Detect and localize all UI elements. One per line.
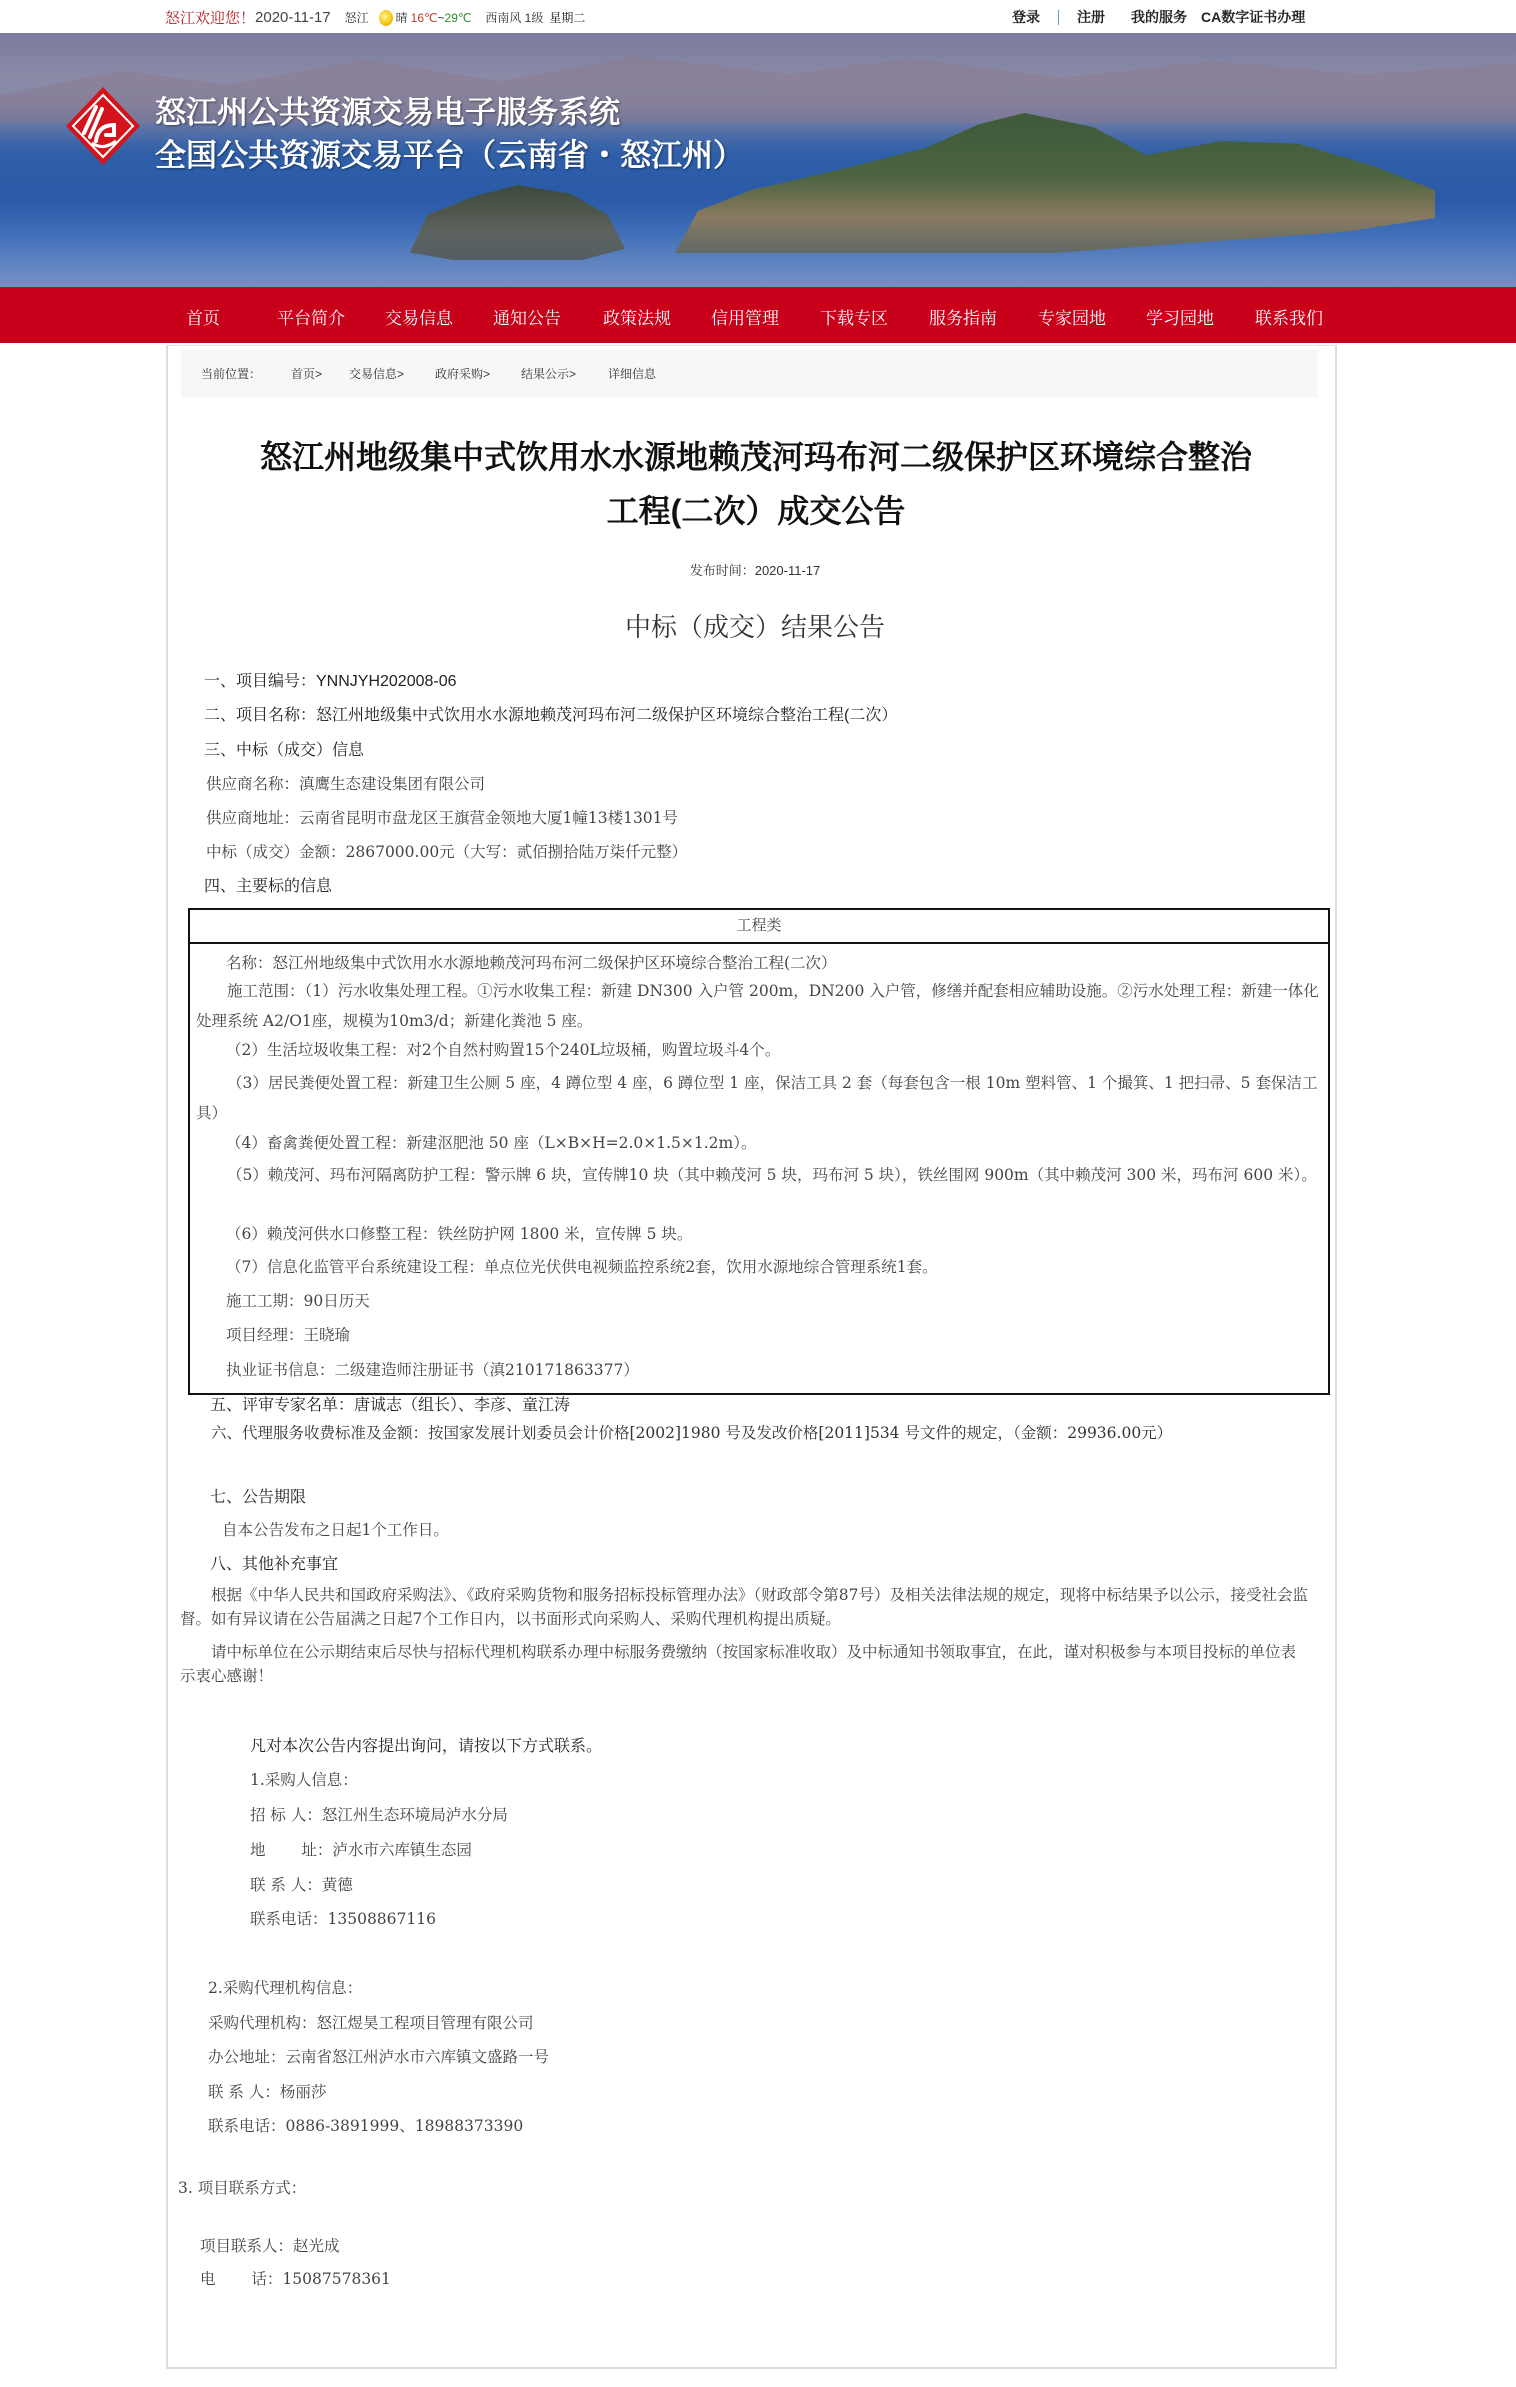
agency-contact: 联 系 人：杨丽莎 bbox=[208, 2080, 326, 2102]
breadcrumb-current: 详细信息 bbox=[608, 365, 656, 382]
welcome-text: 怒江欢迎您！ bbox=[165, 7, 255, 28]
ca-cert-link[interactable]: CA数字证书办理 bbox=[1201, 7, 1305, 27]
agency-heading: 2.采购代理机构信息： bbox=[208, 1976, 362, 1998]
publish-time: 发布时间：2020-11-17 bbox=[180, 560, 1330, 579]
banner-haze bbox=[0, 213, 1516, 287]
wind-info: 西南风 1级 bbox=[485, 9, 543, 26]
register-link[interactable]: 注册 bbox=[1077, 7, 1105, 27]
link-divider bbox=[1058, 10, 1059, 25]
temp-low: 16℃ bbox=[411, 11, 438, 25]
breadcrumb-label: 当前位置： bbox=[201, 365, 261, 382]
nav-item-learning[interactable]: 学习园地 bbox=[1146, 304, 1214, 329]
section-agency-fee: 六、代理服务收费标准及金额：按国家发展计划委员会计价格[2002]1980 号及… bbox=[180, 1421, 1310, 1445]
weekday: 星期二 bbox=[549, 9, 585, 26]
table-scope-3: （3）居民粪便处置工程：新建卫生公厕 5 座，4 蹲位型 4 座，6 蹲位型 1… bbox=[196, 1068, 1322, 1128]
award-amount: 中标（成交）金额：2867000.00元（大写：贰佰捌拾陆万柒仟元整） bbox=[206, 840, 687, 862]
table-scope-6: （6）赖茂河供水口修整工程：铁丝防护网 1800 米，宣传牌 5 块。 bbox=[226, 1222, 692, 1244]
project-contact-phone: 电 话：15087578361 bbox=[200, 2267, 391, 2289]
main-nav: 首页 平台简介 交易信息 通知公告 政策法规 信用管理 下载专区 服务指南 专家… bbox=[0, 287, 1516, 343]
section-main-items: 四、主要标的信息 bbox=[204, 873, 332, 896]
main-items-table: 工程类 名称：怒江州地级集中式饮用水水源地赖茂河玛布河二级保护区环境综合整治工程… bbox=[188, 908, 1330, 1395]
nav-item-policies[interactable]: 政策法规 bbox=[603, 304, 671, 329]
other-matters-p1: 根据《中华人民共和国政府采购法》、《政府采购货物和服务招标投标管理办法》（财政部… bbox=[180, 1583, 1310, 1631]
welcome-weather: 怒江欢迎您！ 2020-11-17 怒江 晴 16℃ ~ 29℃ 西南风 1级 … bbox=[165, 7, 585, 28]
agency-phone: 联系电话：0886-3891999、18988373390 bbox=[208, 2114, 523, 2136]
buyer-name: 招 标 人：怒江州生态环境局泸水分局 bbox=[250, 1803, 508, 1825]
temp-high: 29℃ bbox=[445, 11, 472, 25]
agency-address: 办公地址：云南省怒江州泸水市六库镇文盛路一号 bbox=[208, 2045, 549, 2067]
breadcrumb-results[interactable]: 结果公示> bbox=[521, 367, 576, 381]
other-matters-p2: 请中标单位在公示期结束后尽快与招标代理机构联系办理中标服务费缴纳（按国家标准收取… bbox=[180, 1640, 1310, 1688]
notice-period-text: 自本公告发布之日起1个工作日。 bbox=[222, 1518, 449, 1540]
nav-item-service-guide[interactable]: 服务指南 bbox=[929, 304, 997, 329]
buyer-heading: 1.采购人信息： bbox=[250, 1768, 358, 1790]
breadcrumb-trade-info[interactable]: 交易信息> bbox=[349, 367, 404, 381]
weather-condition: 晴 bbox=[396, 9, 408, 26]
section-project-name: 二、项目名称：怒江州地级集中式饮用水水源地赖茂河玛布河二级保护区环境综合整治工程… bbox=[204, 702, 897, 725]
buyer-contact: 联 系 人：黄德 bbox=[250, 1873, 353, 1895]
nav-item-experts[interactable]: 专家园地 bbox=[1038, 304, 1106, 329]
platform-logo-icon[interactable] bbox=[62, 85, 144, 167]
table-scope-5: （5）赖茂河、玛布河隔离防护工程：警示牌 6 块，宣传牌10 块（其中赖茂河 5… bbox=[196, 1160, 1322, 1190]
breadcrumb: 当前位置： 首页> 交易信息> 政府采购> 结果公示> 详细信息 bbox=[181, 350, 1318, 398]
user-links: 登录 注册 我的服务 CA数字证书办理 bbox=[1012, 7, 1305, 27]
table-item-name: 名称：怒江州地级集中式饮用水水源地赖茂河玛布河二级保护区环境综合整治工程(二次） bbox=[226, 951, 837, 973]
table-manager: 项目经理：王晓瑜 bbox=[226, 1323, 350, 1345]
section-award-info: 三、中标（成交）信息 bbox=[204, 737, 364, 760]
nav-item-home[interactable]: 首页 bbox=[186, 304, 220, 329]
buyer-address: 地 址：泸水市六库镇生态园 bbox=[250, 1838, 472, 1860]
section-other-matters: 八、其他补充事宜 bbox=[210, 1551, 338, 1574]
site-title: 怒江州公共资源交易电子服务系统 bbox=[155, 87, 620, 132]
supplier-address: 供应商地址：云南省昆明市盘龙区王旗营金领地大厦1幢13楼1301号 bbox=[206, 806, 678, 828]
section-project-number: 一、项目编号：YNNJYH202008-06 bbox=[204, 668, 457, 691]
weather-city: 怒江 bbox=[345, 9, 369, 26]
table-scope-4: （4）畜禽粪便处置工程：新建沤肥池 50 座（L×B×H=2.0×1.5×1.2… bbox=[226, 1131, 756, 1153]
section-notice-period: 七、公告期限 bbox=[210, 1484, 306, 1507]
page-title: 怒江州地级集中式饮用水水源地赖茂河玛布河二级保护区环境综合整治 工程(二次）成交… bbox=[176, 430, 1336, 538]
nav-item-credit[interactable]: 信用管理 bbox=[711, 304, 779, 329]
buyer-phone: 联系电话：13508867116 bbox=[250, 1907, 436, 1929]
table-period: 施工工期：90日历天 bbox=[226, 1289, 370, 1311]
my-service-link[interactable]: 我的服务 bbox=[1131, 7, 1187, 27]
section-experts: 五、评审专家名单：唐诚志（组长）、李彦、童江涛 bbox=[210, 1392, 570, 1415]
temp-separator: ~ bbox=[438, 11, 445, 25]
project-contact-person: 项目联系人：赵光成 bbox=[200, 2234, 340, 2256]
page-title-line1: 怒江州地级集中式饮用水水源地赖茂河玛布河二级保护区环境综合整治 bbox=[176, 430, 1336, 484]
nav-item-platform-intro[interactable]: 平台简介 bbox=[277, 304, 345, 329]
sun-icon bbox=[379, 10, 393, 26]
breadcrumb-gov-procurement[interactable]: 政府采购> bbox=[435, 367, 490, 381]
contact-intro: 凡对本次公告内容提出询问，请按以下方式联系。 bbox=[250, 1733, 602, 1756]
login-link[interactable]: 登录 bbox=[1012, 7, 1040, 27]
nav-item-contact[interactable]: 联系我们 bbox=[1255, 304, 1323, 329]
nav-item-trade-info[interactable]: 交易信息 bbox=[385, 304, 453, 329]
agency-fee-text: 六、代理服务收费标准及金额：按国家发展计划委员会计价格[2002]1980 号及… bbox=[211, 1424, 1172, 1442]
table-scope-1: 施工范围：（1）污水收集处理工程。①污水收集工程：新建 DN300 入户管 20… bbox=[196, 976, 1322, 1036]
breadcrumb-home[interactable]: 首页> bbox=[291, 367, 322, 381]
top-bar: 怒江欢迎您！ 2020-11-17 怒江 晴 16℃ ~ 29℃ 西南风 1级 … bbox=[0, 0, 1516, 33]
current-date: 2020-11-17 bbox=[255, 9, 331, 26]
nav-item-downloads[interactable]: 下载专区 bbox=[820, 304, 888, 329]
page-title-line2: 工程(二次）成交公告 bbox=[176, 484, 1336, 538]
header-banner: 怒江州公共资源交易电子服务系统 全国公共资源交易平台（云南省・怒江州） bbox=[0, 33, 1516, 287]
supplier-name: 供应商名称：滇鹰生态建设集团有限公司 bbox=[206, 772, 485, 794]
nav-item-notices[interactable]: 通知公告 bbox=[493, 304, 561, 329]
table-certificate: 执业证书信息：二级建造师注册证书（滇210171863377） bbox=[226, 1358, 639, 1380]
table-header: 工程类 bbox=[190, 910, 1328, 944]
announcement-subtitle: 中标（成交）结果公告 bbox=[180, 607, 1330, 644]
agency-name: 采购代理机构：怒江煜昊工程项目管理有限公司 bbox=[208, 2011, 534, 2033]
site-subtitle: 全国公共资源交易平台（云南省・怒江州） bbox=[155, 130, 744, 175]
table-scope-7: （7）信息化监管平台系统建设工程：单点位光伏供电视频监控系统2套，饮用水源地综合… bbox=[226, 1255, 938, 1277]
project-contact-heading: 3. 项目联系方式： bbox=[178, 2176, 306, 2198]
table-scope-2: （2）生活垃圾收集工程：对2个自然村购置15个240L垃圾桶，购置垃圾斗4个。 bbox=[226, 1038, 780, 1060]
